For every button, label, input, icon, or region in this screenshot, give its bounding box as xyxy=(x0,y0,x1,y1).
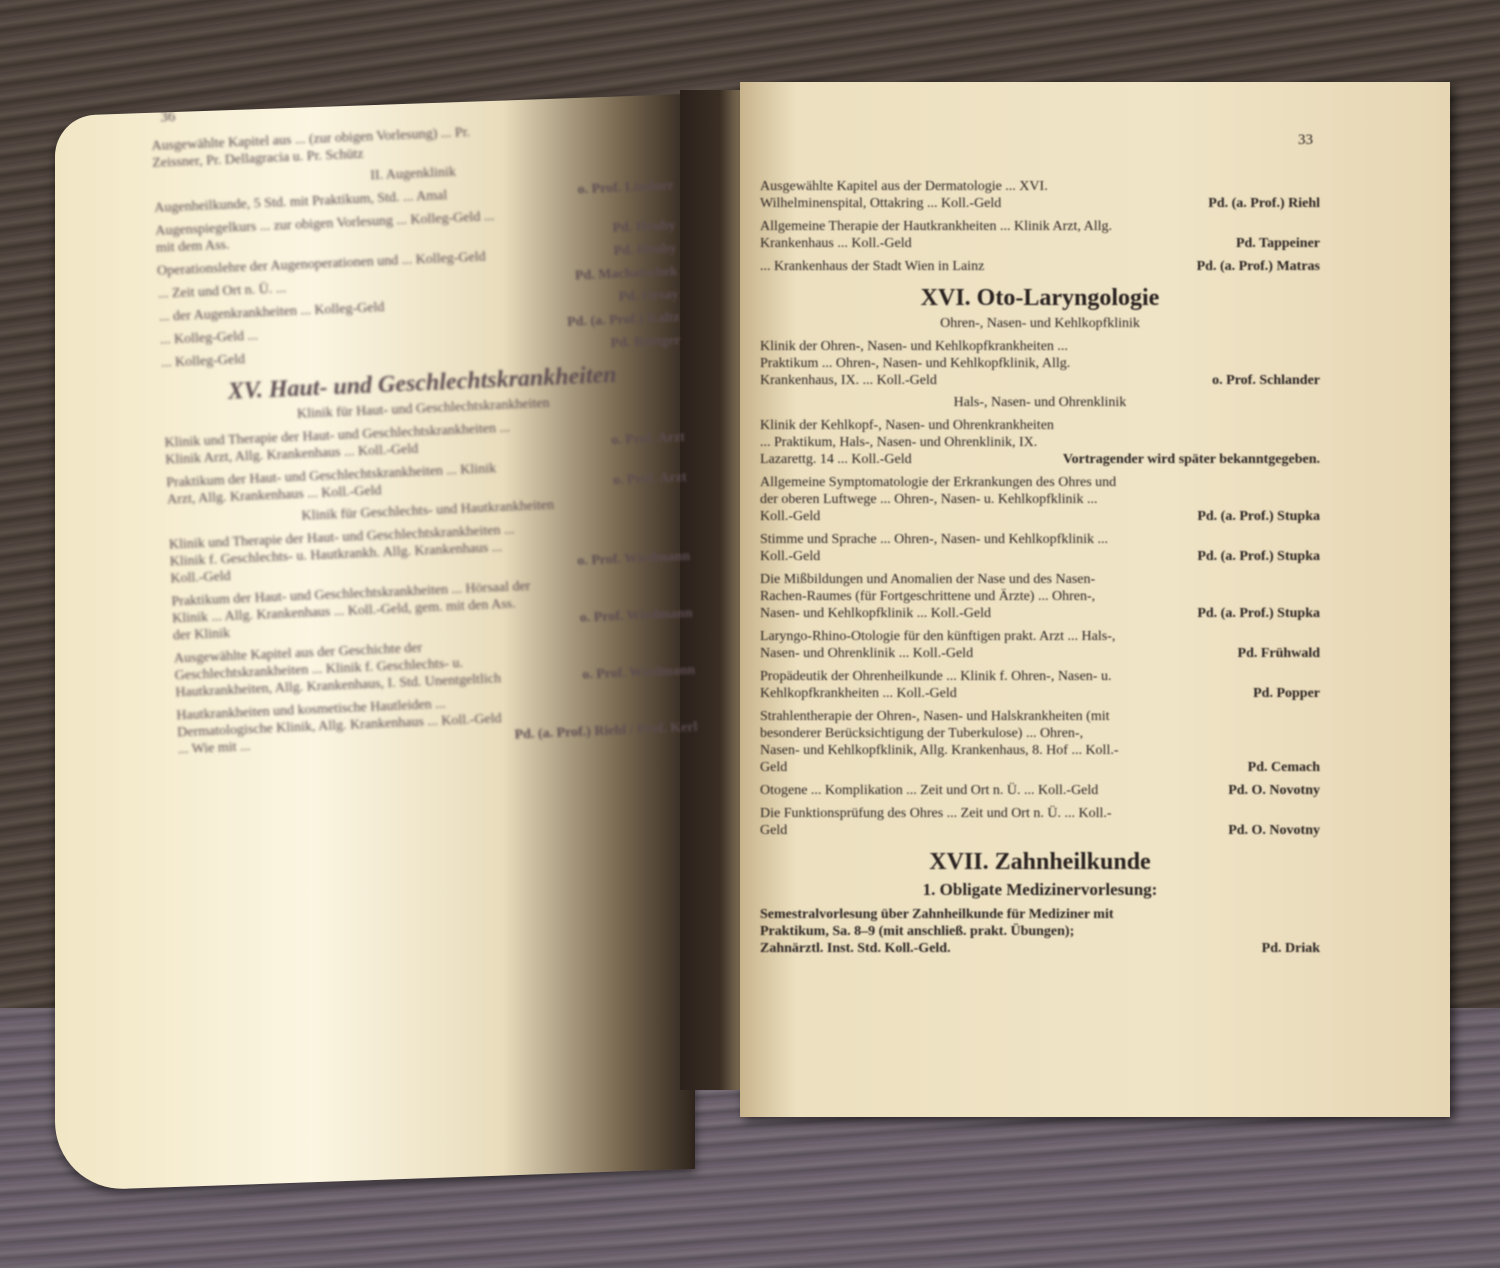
entry: Allgemeine Symptomatologie der Erkrankun… xyxy=(760,474,1320,525)
entry: Propädeutik der Ohrenheilkunde ... Klini… xyxy=(760,668,1320,702)
entry: Die Funktionsprüfung des Ohres ... Zeit … xyxy=(760,805,1320,839)
left-page-content: 36 Ausgewählte Kapitel aus ... (zur obig… xyxy=(150,87,698,764)
section-title-xvii: XVII. Zahnheilkunde xyxy=(760,849,1320,876)
clinic-heading: Ohren-, Nasen- und Kehlkopfklinik xyxy=(760,316,1320,332)
entry: ... Krankenhaus der Stadt Wien in LainzP… xyxy=(760,258,1320,275)
entry: Strahlentherapie der Ohren-, Nasen- und … xyxy=(760,708,1320,776)
entry: Otogene ... Komplikation ... Zeit und Or… xyxy=(760,782,1320,799)
entry: Allgemeine Therapie der Hautkrankheiten … xyxy=(760,218,1320,252)
entry: Die Mißbildungen und Anomalien der Nase … xyxy=(760,571,1320,622)
entry: Klinik der Kehlkopf-, Nasen- und Ohrenkr… xyxy=(760,417,1320,468)
entry: Ausgewählte Kapitel aus der Dermatologie… xyxy=(760,178,1320,212)
right-page-number: 33 xyxy=(1298,132,1313,149)
entry: Klinik der Ohren-, Nasen- und Kehlkopfkr… xyxy=(760,338,1320,389)
entry: Stimme und Sprache ... Ohren-, Nasen- un… xyxy=(760,531,1320,565)
right-page-content: Ausgewählte Kapitel aus der Dermatologie… xyxy=(760,172,1320,963)
left-page-number: 36 xyxy=(160,109,176,127)
entry: Semestralvorlesung über Zahnheilkunde fü… xyxy=(760,906,1320,957)
entry: Laryngo-Rhino-Otologie für den künftigen… xyxy=(760,628,1320,662)
section-title-xvi: XVI. Oto-Laryngologie xyxy=(760,285,1320,312)
clinic-heading: Hals-, Nasen- und Ohrenklinik xyxy=(760,395,1320,411)
subsection-title: 1. Obligate Medizinervorlesung: xyxy=(760,880,1320,900)
